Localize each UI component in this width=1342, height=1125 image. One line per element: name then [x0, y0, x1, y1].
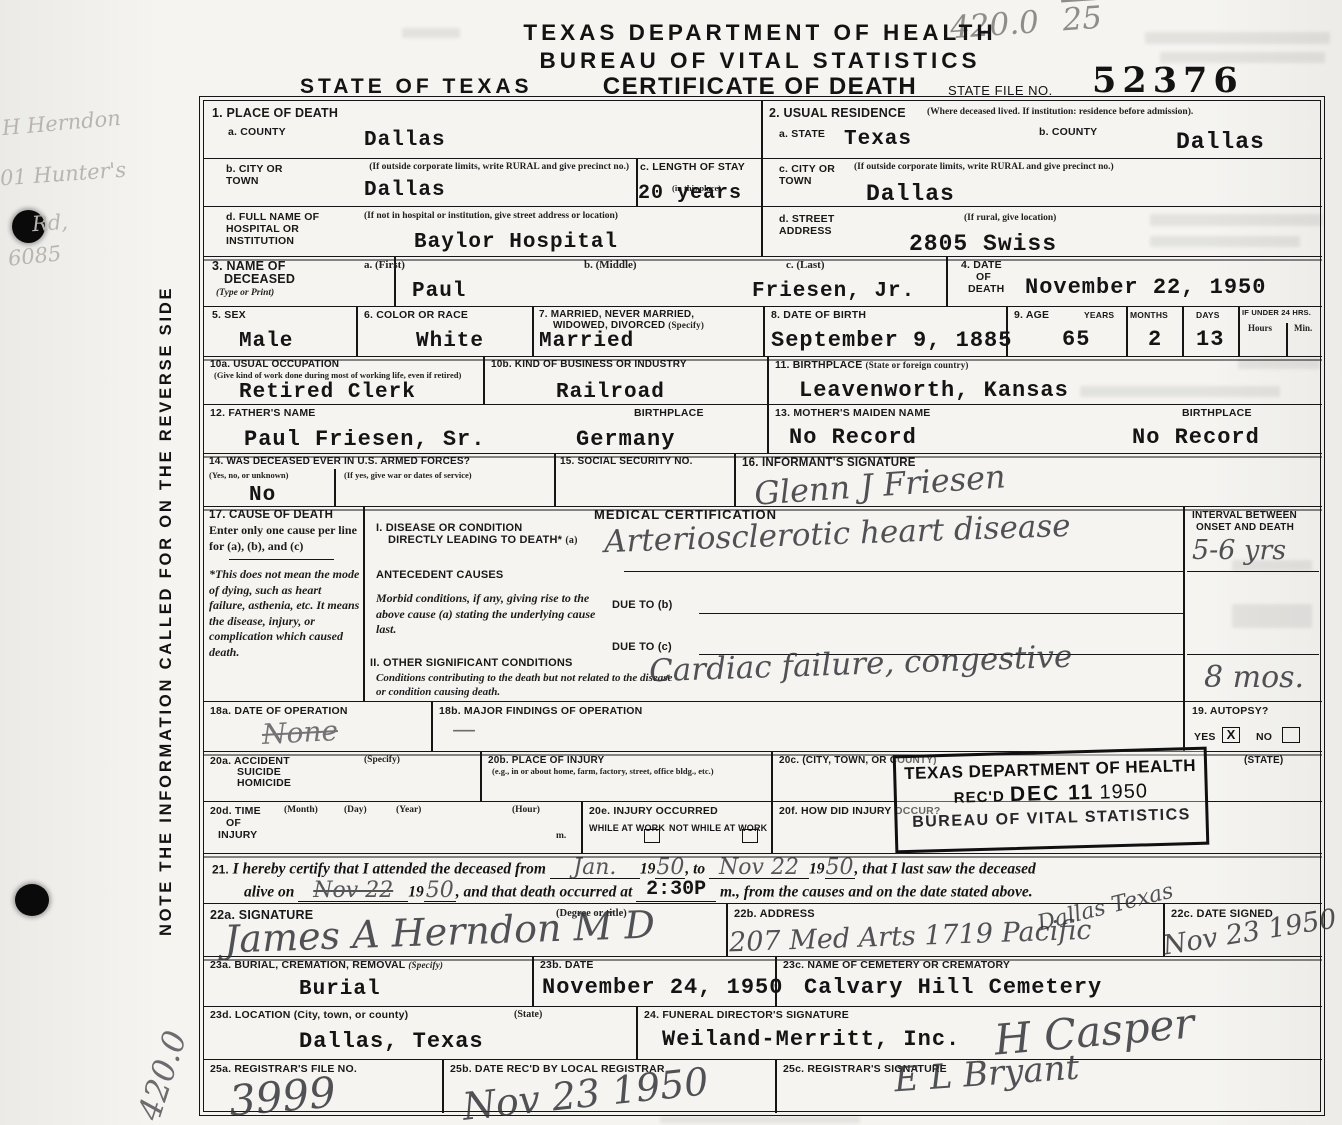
interval-label: INTERVAL BETWEEN	[1192, 510, 1297, 522]
injury-m-label: m.	[556, 831, 566, 843]
rule-line	[204, 206, 761, 207]
name-of-deceased-label2: DECEASED	[224, 272, 295, 286]
armed-forces-note1: (Yes, no, or unknown)	[209, 470, 288, 481]
residence-city-label: c. CITY OR TOWN	[779, 163, 839, 187]
year-2-handwritten: 50	[826, 855, 854, 880]
rule-line	[204, 701, 1322, 702]
year-prefix-2: 19	[809, 860, 825, 877]
state-file-number: 52376	[1092, 60, 1244, 101]
injury-state-label: (STATE)	[1244, 755, 1283, 767]
autopsy-yes-checkbox: X	[1222, 727, 1240, 743]
state-of-texas: STATE OF TEXAS	[300, 75, 530, 99]
rule-line	[699, 613, 1183, 614]
rule-line	[946, 256, 948, 306]
margin-note-vertical: NOTE THE INFORMATION CALLED FOR ON THE R…	[158, 244, 175, 936]
sex-value: Male	[239, 331, 293, 352]
rule-line	[204, 404, 1322, 405]
residence-state-label: a. STATE	[779, 128, 825, 140]
autopsy-no-checkbox	[1282, 727, 1300, 743]
injury-hour-label: (Hour)	[512, 805, 540, 817]
rule-line	[761, 158, 1322, 159]
father-name-value: Paul Friesen, Sr.	[244, 429, 485, 451]
city-label: b. CITY OR TOWN	[226, 163, 286, 187]
burial-location-label: 23d. LOCATION (City, town, or county)	[210, 1009, 408, 1021]
residence-county-label: b. COUNTY	[1039, 126, 1097, 138]
occupation-note: (Give kind of work done during most of w…	[214, 370, 476, 381]
date-of-birth-value: September 9, 1885	[771, 330, 1012, 352]
cause-of-death-label: 17. CAUSE OF DEATH	[209, 509, 333, 522]
rule-line	[767, 356, 769, 404]
cemetery-label: 23c. NAME OF CEMETERY OR CREMATORY	[783, 959, 1010, 971]
injury-month-label: (Month)	[284, 805, 318, 817]
interval-label2: ONSET AND DEATH	[1196, 522, 1294, 534]
rule-line	[532, 306, 534, 356]
time-of-death-value: 2:30P	[646, 878, 706, 901]
color-race-value: White	[416, 331, 484, 352]
armed-forces-value: No	[249, 485, 276, 506]
city-value: Dallas	[364, 180, 446, 201]
rule-line	[1182, 306, 1184, 356]
certify-text-5: , and that death occurred at	[456, 883, 633, 900]
due-to-b-label: DUE TO (b)	[612, 599, 672, 612]
rule-line	[636, 1006, 638, 1059]
stamp-year: 1950	[1099, 781, 1148, 804]
ssn-label: 15. SOCIAL SECURITY NO.	[560, 456, 693, 468]
funeral-director-value: Weiland-Merritt, Inc.	[662, 1029, 960, 1051]
father-name-label: 12. FATHER'S NAME	[210, 407, 315, 419]
burial-date-value: November 24, 1950	[542, 977, 783, 999]
accident-specify-note: (Specify)	[364, 755, 400, 767]
place-of-injury-note: (e.g., in or about home, farm, factory, …	[492, 766, 742, 777]
injury-day-label: (Day)	[344, 805, 367, 817]
rule-line	[204, 453, 1322, 454]
usual-residence-title: 2. USUAL RESIDENCE	[769, 106, 906, 120]
due-to-c-label: DUE TO (c)	[612, 641, 672, 654]
rule-line	[763, 306, 765, 356]
state-file-no-label: STATE FILE NO.	[948, 83, 1053, 98]
morbid-conditions-note: Morbid conditions, if any, giving rise t…	[376, 591, 606, 638]
hospital-note: (If not in hospital or institution, give…	[364, 211, 664, 223]
county-label: a. COUNTY	[228, 126, 286, 138]
bleedthrough-artifact	[660, 1116, 860, 1123]
received-stamp: TEXAS DEPARTMENT OF HEALTH REC'D DEC 11 …	[893, 747, 1210, 854]
physician-address-label: 22b. ADDRESS	[734, 908, 815, 921]
time-of-injury-label: 20d. TIME	[210, 805, 261, 817]
rule-line	[767, 404, 769, 453]
age-months-value: 2	[1148, 329, 1162, 351]
autopsy-label: 19. AUTOPSY?	[1192, 705, 1269, 717]
certification-statement: 21. I hereby certify that I attended the…	[212, 858, 1316, 879]
sex-label: 5. SEX	[212, 309, 246, 321]
under-24-label: IF UNDER 24 HRS.	[1242, 309, 1311, 318]
bureau-name: BUREAU OF VITAL STATISTICS	[490, 48, 1030, 74]
rule-line	[1126, 306, 1128, 356]
mother-birthplace-label: BIRTHPLACE	[1182, 407, 1252, 419]
residence-city-value: Dallas	[866, 183, 955, 206]
rule-line	[761, 101, 763, 256]
marital-note: (Specify)	[668, 320, 704, 330]
registrar-file-value: 3999	[227, 1071, 337, 1122]
bleedthrough-artifact	[402, 28, 460, 38]
interval-a-handwritten: 5-6 yrs	[1192, 537, 1286, 564]
rule-line	[204, 256, 1322, 257]
hours-label: Hours	[1248, 323, 1272, 334]
rule-line	[1183, 506, 1185, 751]
punch-hole-bottom	[15, 884, 49, 916]
homicide-label: HOMICIDE	[237, 777, 291, 789]
burial-specify-note: (Specify)	[408, 960, 443, 970]
min-label: Min.	[1294, 323, 1312, 334]
date-of-birth-label: 8. DATE OF BIRTH	[771, 309, 866, 321]
registrar-signature: E L Bryant	[893, 1051, 1080, 1098]
armed-forces-note2: (If yes, give war or dates of service)	[344, 470, 472, 481]
length-of-stay-label: c. LENGTH OF STAY	[640, 161, 758, 173]
usual-residence-note: (Where deceased lived. If institution: r…	[927, 107, 1319, 119]
year-prefix-3: 19	[408, 883, 424, 900]
color-race-label: 6. COLOR OR RACE	[364, 309, 468, 321]
marital-value: Married	[539, 331, 634, 352]
rule-line	[204, 158, 761, 159]
antecedent-causes-label: ANTECEDENT CAUSES	[376, 569, 503, 582]
funeral-director-label: 24. FUNERAL DIRECTOR'S SIGNATURE	[644, 1009, 849, 1021]
burial-label-text: 23a. BURIAL, CREMATION, REMOVAL	[210, 959, 405, 971]
city-note: (If outside corporate limits, write RURA…	[304, 162, 629, 174]
place-of-death-title: 1. PLACE OF DEATH	[212, 106, 338, 120]
mother-name-label: 13. MOTHER'S MAIDEN NAME	[775, 407, 930, 419]
cause-note2: *This does not mean the mode of dying, s…	[209, 567, 360, 661]
stamp-date: DEC 11	[1010, 781, 1095, 806]
disease-condition-label2-text: DIRECTLY LEADING TO DEATH*	[388, 534, 562, 546]
certify-text-2: , to	[685, 860, 705, 877]
rule-line	[624, 571, 1183, 572]
cemetery-value: Calvary Hill Cemetery	[804, 977, 1102, 999]
burial-date-label: 23b. DATE	[540, 959, 594, 971]
death-certificate-scan: { "page": { "margin_note": "NOTE THE INF…	[0, 0, 1342, 1125]
pencil-note-line3: Rd,	[31, 211, 68, 237]
hospital-value: Baylor Hospital	[414, 232, 618, 253]
birthplace-label: 11. BIRTHPLACE (State or foreign country…	[775, 359, 969, 371]
rule-line	[442, 1059, 444, 1113]
attended-from-handwritten: Jan.	[573, 855, 616, 880]
injury-year-label: (Year)	[396, 805, 421, 817]
county-value: Dallas	[364, 130, 446, 151]
while-at-work-label: WHILE AT WORK	[589, 823, 644, 833]
autopsy-no-label: NO	[1256, 731, 1272, 743]
attended-to-handwritten: Nov 22	[719, 855, 799, 880]
agency-name: TEXAS DEPARTMENT OF HEALTH	[490, 20, 1030, 46]
rule-line	[480, 751, 482, 801]
rule-line	[204, 1059, 1322, 1060]
occupation-value: Retired Clerk	[239, 382, 416, 403]
rule-line	[1238, 306, 1240, 356]
father-birthplace-label: BIRTHPLACE	[634, 407, 704, 419]
rule-line	[431, 701, 433, 751]
date-of-death-label3: DEATH	[968, 283, 1004, 295]
while-at-work-checkbox	[644, 829, 660, 843]
residence-state-value: Texas	[844, 129, 912, 150]
street-address-value: 2805 Swiss	[909, 233, 1057, 256]
first-name-value: Paul	[412, 281, 466, 302]
industry-value: Railroad	[556, 382, 665, 403]
certify-text-6: m., from the causes and on the date stat…	[720, 883, 1033, 900]
burial-value: Burial	[299, 979, 381, 1000]
rule-line	[1286, 323, 1288, 356]
father-birthplace-value: Germany	[576, 429, 675, 451]
rule-line	[483, 356, 485, 404]
age-months-label: MONTHS	[1130, 311, 1168, 321]
cause-ii-handwritten: Cardiac failure, congestive	[649, 642, 1073, 688]
rule-line	[1187, 654, 1319, 655]
year-3-handwritten: 50	[426, 878, 454, 903]
certify-text-4: alive on	[244, 883, 294, 900]
rule-line	[204, 356, 1322, 357]
year-prefix-1: 19	[640, 860, 656, 877]
rule-line	[356, 306, 358, 356]
other-significant-label: II. OTHER SIGNIFICANT CONDITIONS	[370, 657, 573, 670]
first-name-label: a. (First)	[364, 259, 405, 273]
birthplace-value: Leavenworth, Kansas	[799, 380, 1069, 402]
mother-birthplace-value: No Record	[1132, 427, 1260, 449]
date-of-operation-value: None	[261, 717, 338, 749]
disease-condition-label: I. DISEASE OR CONDITION	[376, 522, 522, 535]
pencil-note-line1: H Herndon	[1, 107, 121, 140]
certificate-form: 1. PLACE OF DEATH a. COUNTY Dallas b. CI…	[203, 100, 1321, 1112]
burial-location-state-note: (State)	[514, 1009, 542, 1022]
armed-forces-label: 14. WAS DECEASED EVER IN U.S. ARMED FORC…	[209, 456, 470, 468]
age-days-value: 13	[1196, 329, 1224, 351]
rule-line	[726, 903, 728, 956]
rule-line	[229, 559, 334, 560]
disease-condition-label2: DIRECTLY LEADING TO DEATH* (a)	[388, 534, 578, 548]
street-address-label: d. STREET ADDRESS	[779, 213, 859, 237]
rule-line	[1187, 571, 1319, 572]
birthplace-label-text: 11. BIRTHPLACE	[775, 359, 862, 371]
place-of-injury-label: 20b. PLACE OF INJURY	[488, 755, 604, 767]
rule-line	[532, 956, 534, 1006]
pencil-code-num: 25	[1061, 0, 1103, 38]
rule-line	[554, 453, 556, 506]
type-or-print-note: (Type or Print)	[216, 288, 274, 300]
marital-label: 7. MARRIED, NEVER MARRIED,	[539, 309, 694, 321]
date-of-death-label: 4. DATE	[961, 259, 1002, 271]
age-years-value: 65	[1062, 329, 1090, 351]
certify-text-1: I hereby certify that I attended the dec…	[233, 860, 546, 877]
certify-number: 21.	[212, 862, 229, 876]
cause-note1: Enter only one cause per line for (a), (…	[209, 523, 359, 554]
time-of-injury-label2: OF	[226, 817, 241, 829]
occupation-label: 10a. USUAL OCCUPATION	[210, 359, 339, 371]
certificate-title: CERTIFICATE OF DEATH	[560, 73, 960, 101]
certify-text-3: , that I last saw the deceased	[855, 860, 1036, 877]
not-while-at-work-checkbox	[742, 829, 758, 843]
autopsy-yes-label: YES	[1194, 731, 1216, 743]
stamp-recd: REC'D	[954, 789, 1006, 807]
rule-line	[363, 506, 365, 701]
date-of-death-label2: OF	[976, 271, 991, 283]
age-label: 9. AGE	[1014, 309, 1049, 321]
residence-county-value: Dallas	[1176, 131, 1265, 154]
age-years-label: YEARS	[1084, 311, 1114, 321]
industry-label: 10b. KIND OF BUSINESS OR INDUSTRY	[491, 359, 687, 371]
street-address-note: (If rural, give location)	[964, 213, 1056, 225]
pencil-note-line4: 6085	[7, 242, 63, 271]
length-of-stay-value: 20 years	[638, 184, 742, 204]
rule-line	[334, 469, 336, 506]
bleedthrough-artifact	[1145, 32, 1330, 44]
rule-line	[581, 801, 583, 853]
interval-ii-handwritten: 8 mos.	[1204, 663, 1304, 693]
rule-line	[734, 453, 736, 506]
age-days-label: DAYS	[1196, 311, 1220, 321]
file-code-vertical: 420.0	[130, 1026, 194, 1125]
residence-city-note: (If outside corporate limits, write RURA…	[854, 162, 1114, 174]
middle-name-label: b. (Middle)	[584, 259, 637, 273]
burial-location-value: Dallas, Texas	[299, 1031, 484, 1053]
birthplace-note: (State or foreign country)	[866, 360, 969, 370]
alive-on-handwritten: Nov 22	[313, 878, 393, 903]
year-1-handwritten: 50	[656, 855, 684, 880]
injury-occurred-label: 20e. INJURY OCCURRED	[589, 805, 718, 817]
last-name-value: Friesen, Jr.	[752, 281, 915, 302]
rule-line	[775, 1059, 777, 1113]
mother-name-value: No Record	[789, 427, 917, 449]
other-significant-note: Conditions contributing to the death but…	[376, 671, 676, 700]
pencil-note-line2: 01 Hunter's	[0, 159, 127, 191]
last-name-label: c. (Last)	[786, 259, 825, 273]
major-findings-value: —	[452, 717, 476, 741]
cause-a-tag: (a)	[565, 535, 577, 546]
date-of-death-value: November 22, 1950	[1025, 277, 1266, 299]
hospital-label: d. FULL NAME OF HOSPITAL OR INSTITUTION	[226, 211, 361, 247]
burial-label: 23a. BURIAL, CREMATION, REMOVAL (Specify…	[210, 959, 443, 971]
time-of-injury-label3: INJURY	[218, 829, 257, 841]
rule-line	[761, 206, 1322, 207]
